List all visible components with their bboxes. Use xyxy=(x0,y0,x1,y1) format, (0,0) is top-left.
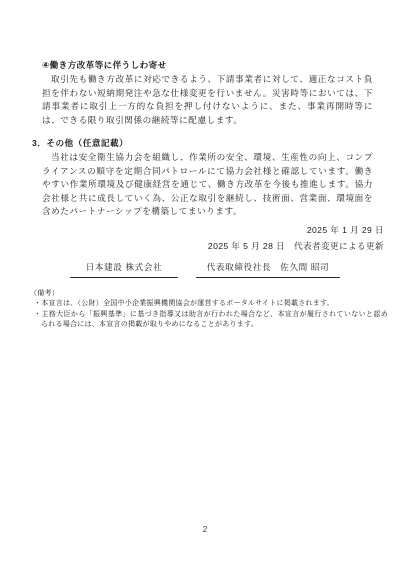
company-name-field: 日本建設 株式会社 xyxy=(70,262,178,278)
section-workstyle-reform: ④働き方改革等に伴うしわ寄せ 取引先も働き方改革に対応できるよう、下請事業者に対… xyxy=(42,60,373,127)
update-date: 2025 年 5 月 28 日 代表者変更による更新 xyxy=(208,239,384,255)
declaration-date: 2025 年 1 月 29 日 xyxy=(208,223,384,239)
signature-block: 日本建設 株式会社 代表取締役社長 佐久間 昭司 xyxy=(0,262,410,278)
section-other-heading: 3．その他（任意記載） xyxy=(32,138,373,149)
remark-item-portal: ・本宣言は、（公財）全国中小企業振興機関協会が運営するポータルサイトに掲載されま… xyxy=(34,299,388,309)
section-workstyle-reform-body: 取引先も働き方改革に対応できるよう、下請事業者に対して、適正なコスト負担を伴わな… xyxy=(42,73,373,127)
declaration-document-page: ④働き方改革等に伴うしわ寄せ 取引先も働き方改革に対応できるよう、下請事業者に対… xyxy=(0,0,410,582)
page-number: 2 xyxy=(0,525,410,534)
declaration-dates: 2025 年 1 月 29 日 2025 年 5 月 28 日 代表者変更による… xyxy=(208,223,384,254)
section-other-body: 当社は安全衛生協力会を組織し、作業所の安全、環境、生産性の向上、コンプライアンス… xyxy=(42,151,373,219)
remarks-section: （備考） ・本宣言は、（公財）全国中小企業振興機関協会が運営するポータルサイトに… xyxy=(28,289,388,330)
section-workstyle-reform-heading: ④働き方改革等に伴うしわ寄せ xyxy=(42,60,373,71)
section-other: 3．その他（任意記載） 当社は安全衛生協力会を組織し、作業所の安全、環境、生産性… xyxy=(32,138,373,219)
remark-item-withdrawal: ・主務大臣から「振興基準」に基づき指導又は助言が行われた場合など、本宣言が履行さ… xyxy=(34,310,388,331)
representative-name-field: 代表取締役社長 佐久間 昭司 xyxy=(196,262,340,278)
remarks-label: （備考） xyxy=(30,289,388,299)
